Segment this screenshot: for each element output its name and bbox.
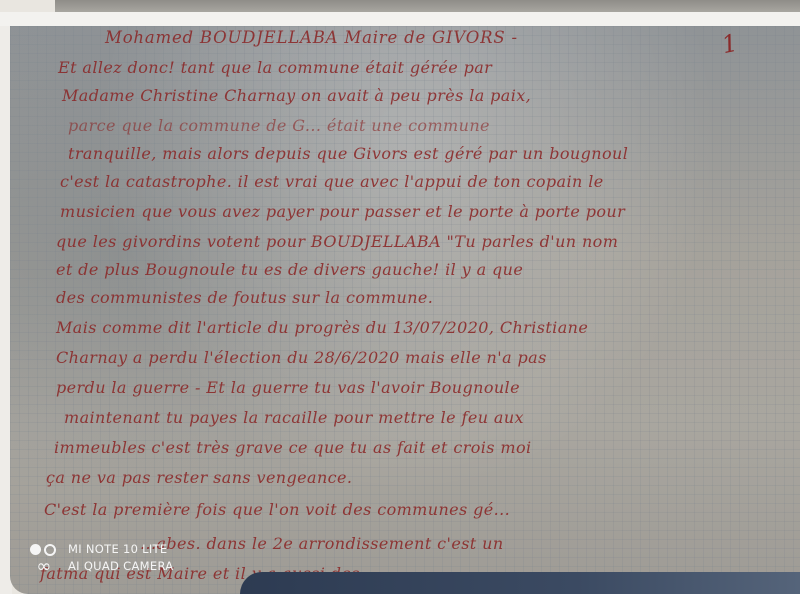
- letter-line: C'est la première fois que l'on voit des…: [44, 500, 510, 519]
- letter-line: des communistes de foutus sur la commune…: [56, 288, 433, 307]
- letter-heading: Mohamed BOUDJELLABA Maire de GIVORS -: [105, 28, 518, 47]
- letter-page: 1 Mohamed BOUDJELLABA Maire de GIVORS - …: [10, 26, 800, 594]
- foreground-object: [240, 572, 800, 594]
- handwritten-text: Mohamed BOUDJELLABA Maire de GIVORS - Et…: [10, 26, 800, 594]
- letter-line: Charnay a perdu l'élection du 28/6/2020 …: [56, 348, 547, 367]
- letter-line: maintenant tu payes la racaille pour met…: [64, 408, 524, 427]
- letter-line: immeubles c'est très grave ce que tu as …: [54, 438, 532, 457]
- letter-line: c'est la catastrophe. il est vrai que av…: [60, 172, 604, 191]
- letter-line: tranquille, mais alors depuis que Givors…: [68, 144, 628, 163]
- letter-line: que les givordins votent pour BOUDJELLAB…: [56, 232, 618, 251]
- letter-line: Mais comme dit l'article du progrès du 1…: [56, 318, 588, 337]
- paper-edge: [0, 12, 800, 26]
- letter-line: Et allez donc! tant que la commune était…: [58, 58, 492, 77]
- letter-line: Madame Christine Charnay on avait à peu …: [62, 86, 531, 105]
- letter-line: musicien que vous avez payer pour passer…: [60, 202, 625, 221]
- camera-watermark: MI NOTE 10 LITE ∞ AI QUAD CAMERA: [28, 541, 173, 575]
- watermark-model: MI NOTE 10 LITE: [68, 541, 167, 558]
- letter-line: ...abes. dans le 2e arrondissement c'est…: [140, 534, 504, 553]
- infinity-icon: ∞: [28, 559, 60, 575]
- letter-line: et de plus Bougnoule tu es de divers gau…: [56, 260, 523, 279]
- letter-line: perdu la guerre - Et la guerre tu vas l'…: [56, 378, 520, 397]
- letter-line: ça ne va pas rester sans vengeance.: [46, 468, 352, 487]
- watermark-camera: AI QUAD CAMERA: [68, 558, 173, 575]
- letter-line: parce que la commune de G... était une c…: [68, 116, 490, 135]
